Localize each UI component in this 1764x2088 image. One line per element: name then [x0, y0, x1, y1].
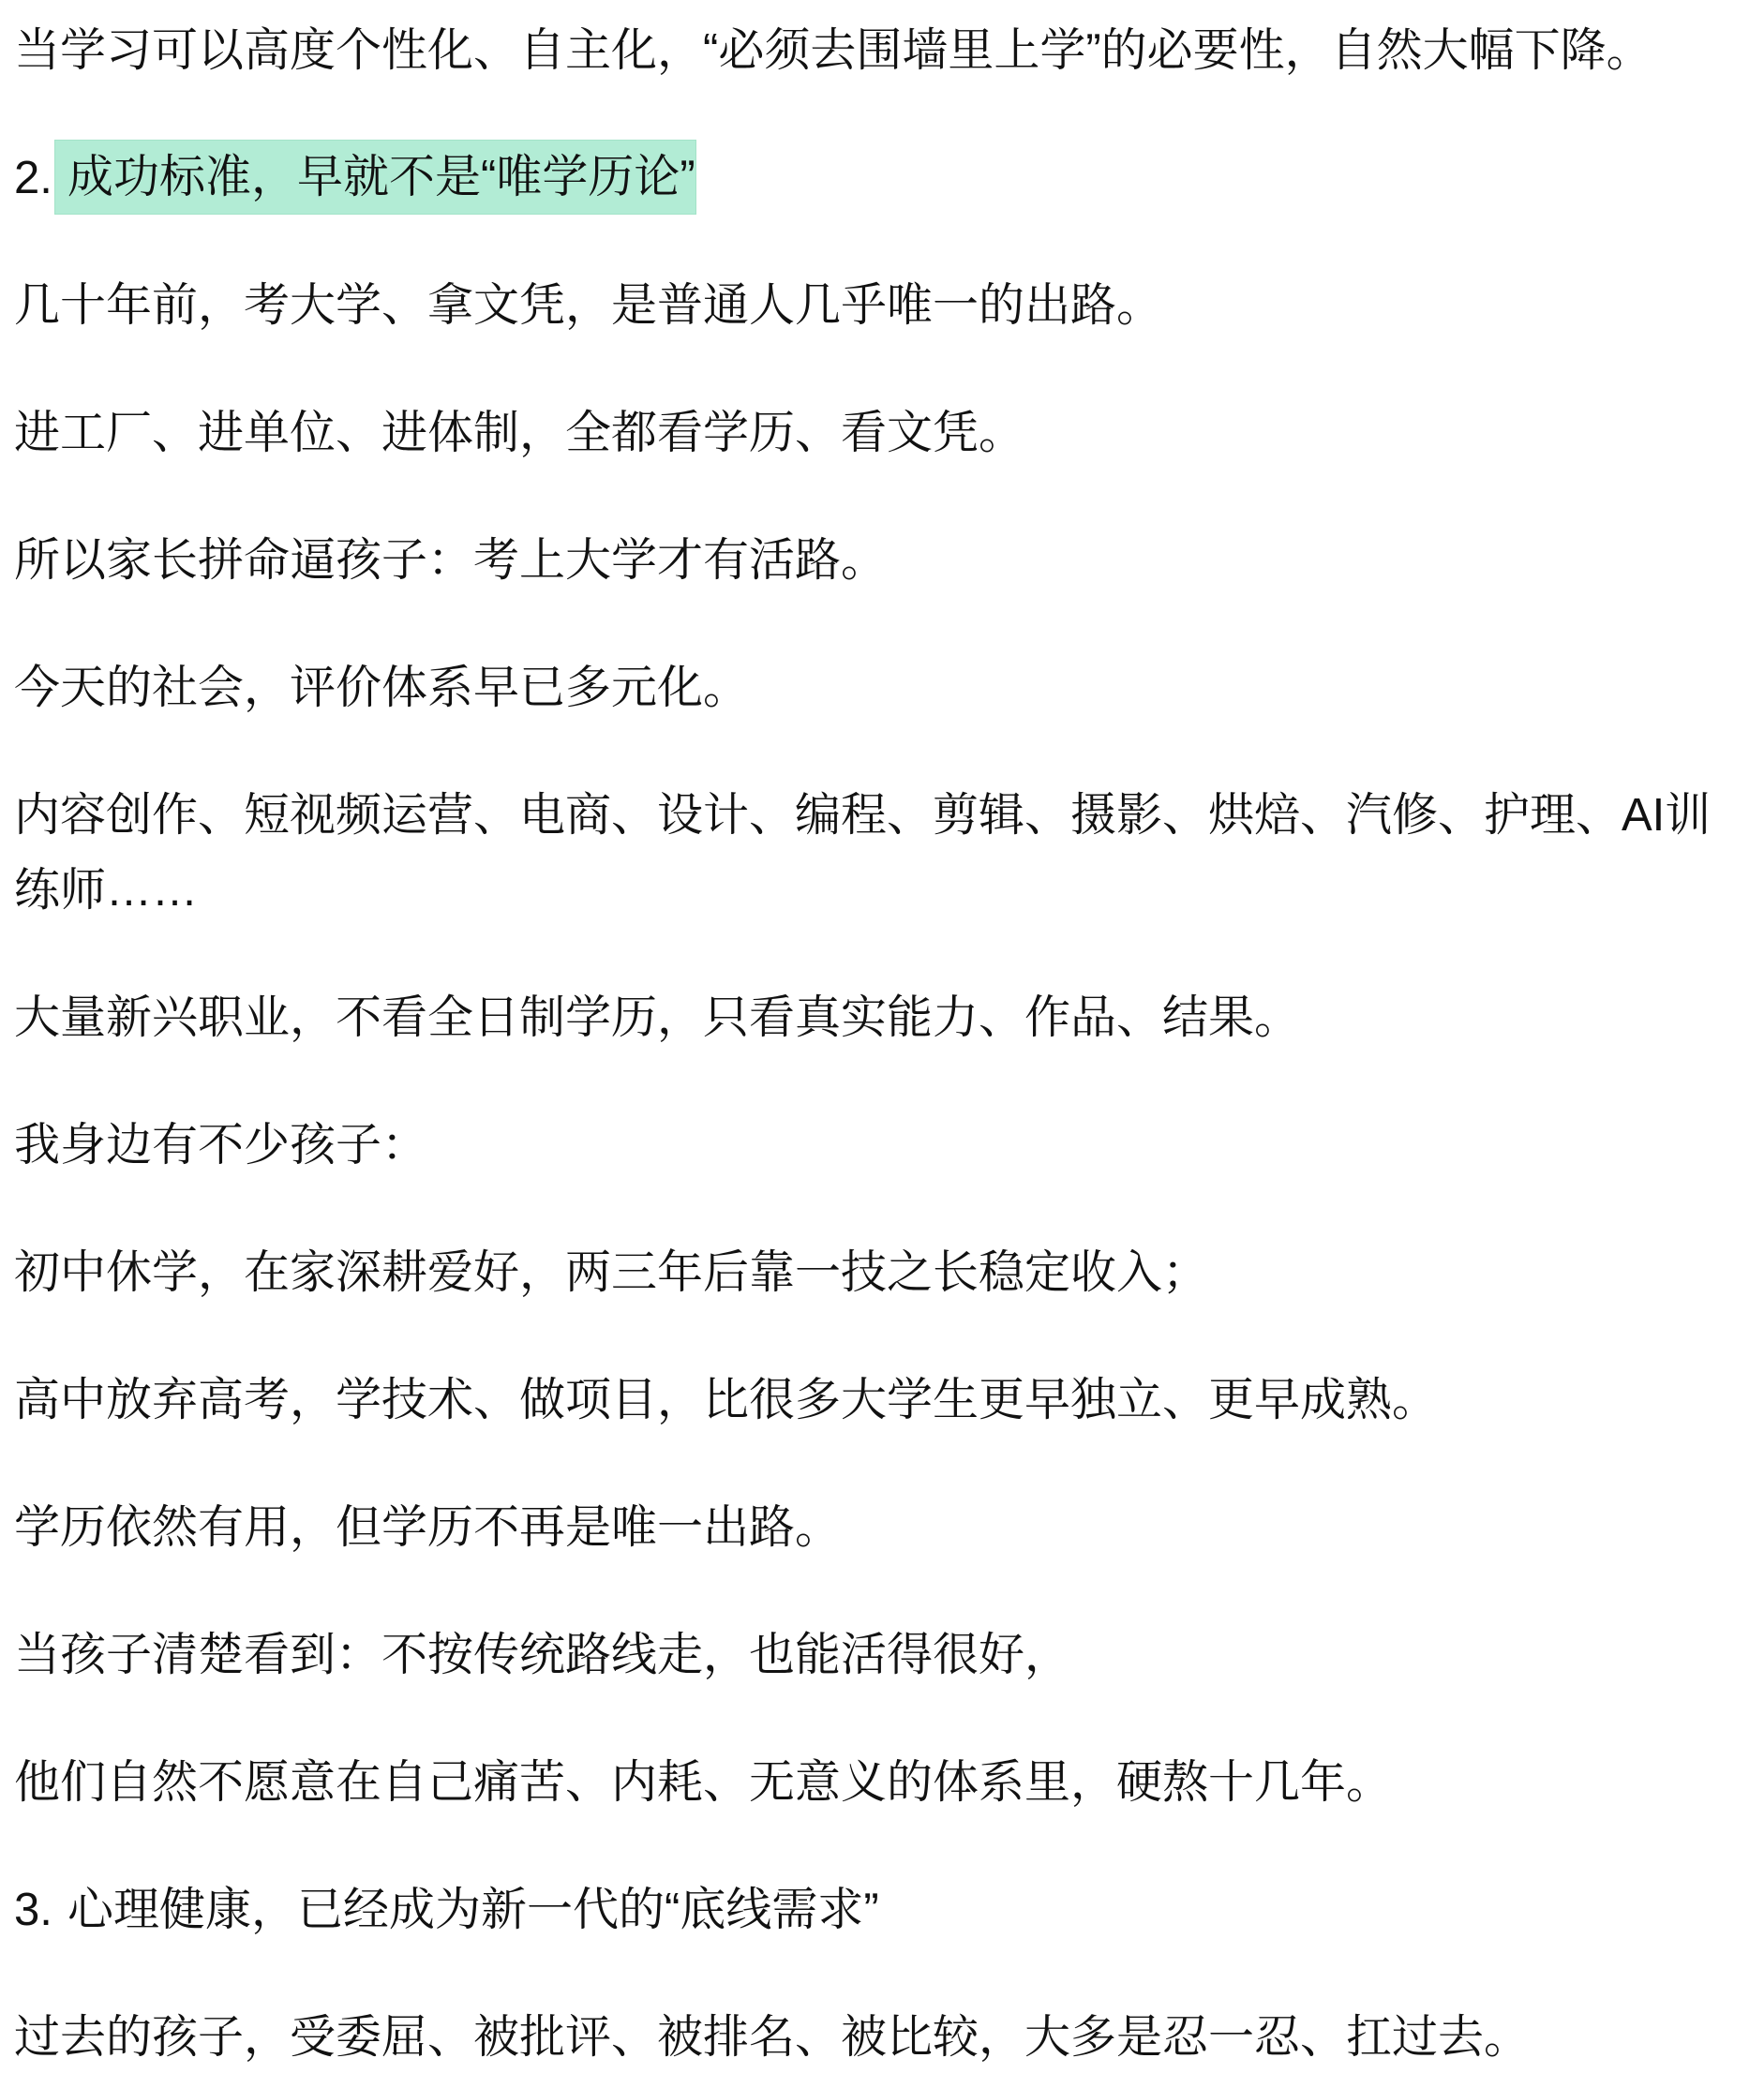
paragraph: 他们自然不愿意在自己痛苦、内耗、无意义的体系里，硬熬十几年。	[14, 1745, 1764, 1820]
highlighted-section-title: 成功标准，早就不是“唯学历论”	[54, 140, 696, 215]
section-title: 心理健康，已经成为新一代的“底线需求”	[54, 1872, 879, 1947]
section-heading-2: 2.成功标准，早就不是“唯学历论”	[14, 141, 1764, 216]
paragraph: 今天的社会，评价体系早已多元化。	[14, 650, 1764, 725]
paragraph: 当孩子清楚看到：不按传统路线走，也能活得很好，	[14, 1618, 1764, 1693]
paragraph: 我身边有不少孩子：	[14, 1108, 1764, 1183]
paragraph: 过去的孩子，受委屈、被批评、被排名、被比较，大多是忍一忍、扛过去。	[14, 2000, 1764, 2075]
paragraph-intro: 当学习可以高度个性化、自主化，“必须去围墙里上学”的必要性，自然大幅下降。	[14, 13, 1764, 88]
paragraph-line: 内容创作、短视频运营、电商、设计、编程、剪辑、摄影、烘焙、汽修、护理、AI训	[14, 778, 1764, 853]
paragraph-line: 练师……	[14, 853, 1764, 928]
paragraph: 高中放弃高考，学技术、做项目，比很多大学生更早独立、更早成熟。	[14, 1363, 1764, 1438]
section-heading-3: 3.心理健康，已经成为新一代的“底线需求”	[14, 1872, 1764, 1947]
paragraph: 进工厂、进单位、进体制，全都看学历、看文凭。	[14, 395, 1764, 470]
paragraph-occupations-list: 内容创作、短视频运营、电商、设计、编程、剪辑、摄影、烘焙、汽修、护理、AI训 练…	[14, 778, 1764, 928]
article-body: 当学习可以高度个性化、自主化，“必须去围墙里上学”的必要性，自然大幅下降。 2.…	[0, 0, 1764, 2088]
section-number: 2.	[14, 141, 54, 216]
paragraph: 初中休学，在家深耕爱好，两三年后靠一技之长稳定收入；	[14, 1235, 1764, 1310]
paragraph: 大量新兴职业，不看全日制学历，只看真实能力、作品、结果。	[14, 980, 1764, 1055]
section-number: 3.	[14, 1872, 54, 1947]
paragraph: 几十年前，考大学、拿文凭，是普通人几乎唯一的出路。	[14, 268, 1764, 343]
paragraph: 学历依然有用，但学历不再是唯一出路。	[14, 1490, 1764, 1565]
paragraph: 所以家长拼命逼孩子：考上大学才有活路。	[14, 523, 1764, 598]
